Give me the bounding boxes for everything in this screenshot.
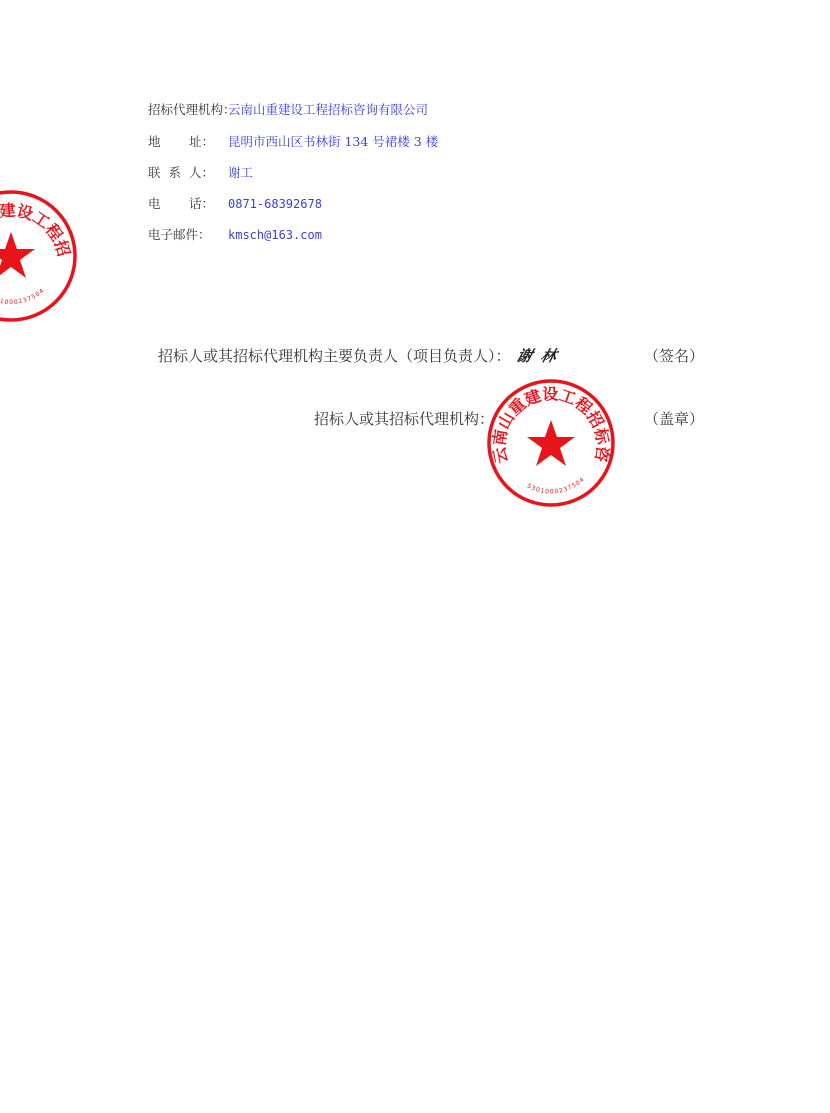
contact-person-label: 联系人： [148, 163, 228, 183]
seal-line: 招标人或其招标代理机构： [314, 408, 494, 429]
phone-row: 电话：0871-68392678 [148, 194, 322, 214]
agency-value: 云南山重建设工程招标咨询有限公司 [228, 102, 428, 117]
company-stamp-main: 云南山重建设工程招标咨询有限公司 5301000237504 [484, 376, 618, 510]
address-row: 地址：昆明市西山区书林街 134 号裙楼 3 楼 [148, 132, 438, 152]
stamp-main-icon: 云南山重建设工程招标咨询有限公司 5301000237504 [484, 376, 618, 510]
handwritten-signature: 谢 林 [514, 345, 561, 366]
svg-text:5301000237504: 5301000237504 [0, 287, 46, 306]
address-label: 地址： [148, 132, 228, 152]
company-stamp-left: 云南山重建设工程招标咨询有限公司 5301000237504 [0, 188, 79, 324]
agency-row: 招标代理机构：云南山重建设工程招标咨询有限公司 [148, 100, 428, 120]
phone-value: 0871-68392678 [228, 197, 322, 211]
seal-label: 招标人或其招标代理机构： [314, 410, 494, 428]
stamp-left-icon: 云南山重建设工程招标咨询有限公司 5301000237504 [0, 188, 79, 324]
email-row: 电子邮件：kmsch@163.com [148, 225, 322, 245]
signature-label: 招标人或其招标代理机构主要负责人（项目负责人）： [158, 347, 511, 365]
signature-line: 招标人或其招标代理机构主要负责人（项目负责人）：谢 林 [158, 345, 566, 366]
email-label: 电子邮件： [148, 225, 228, 245]
contact-person-value: 谢工 [228, 165, 253, 180]
contact-person-row: 联系人：谢工 [148, 163, 253, 183]
email-value[interactable]: kmsch@163.com [228, 228, 322, 242]
seal-suffix: （盖章） [644, 408, 704, 429]
phone-label: 电话： [148, 194, 228, 214]
address-value: 昆明市西山区书林街 134 号裙楼 3 楼 [228, 134, 438, 149]
agency-label: 招标代理机构： [148, 100, 228, 120]
signature-suffix: （签名） [644, 345, 704, 366]
